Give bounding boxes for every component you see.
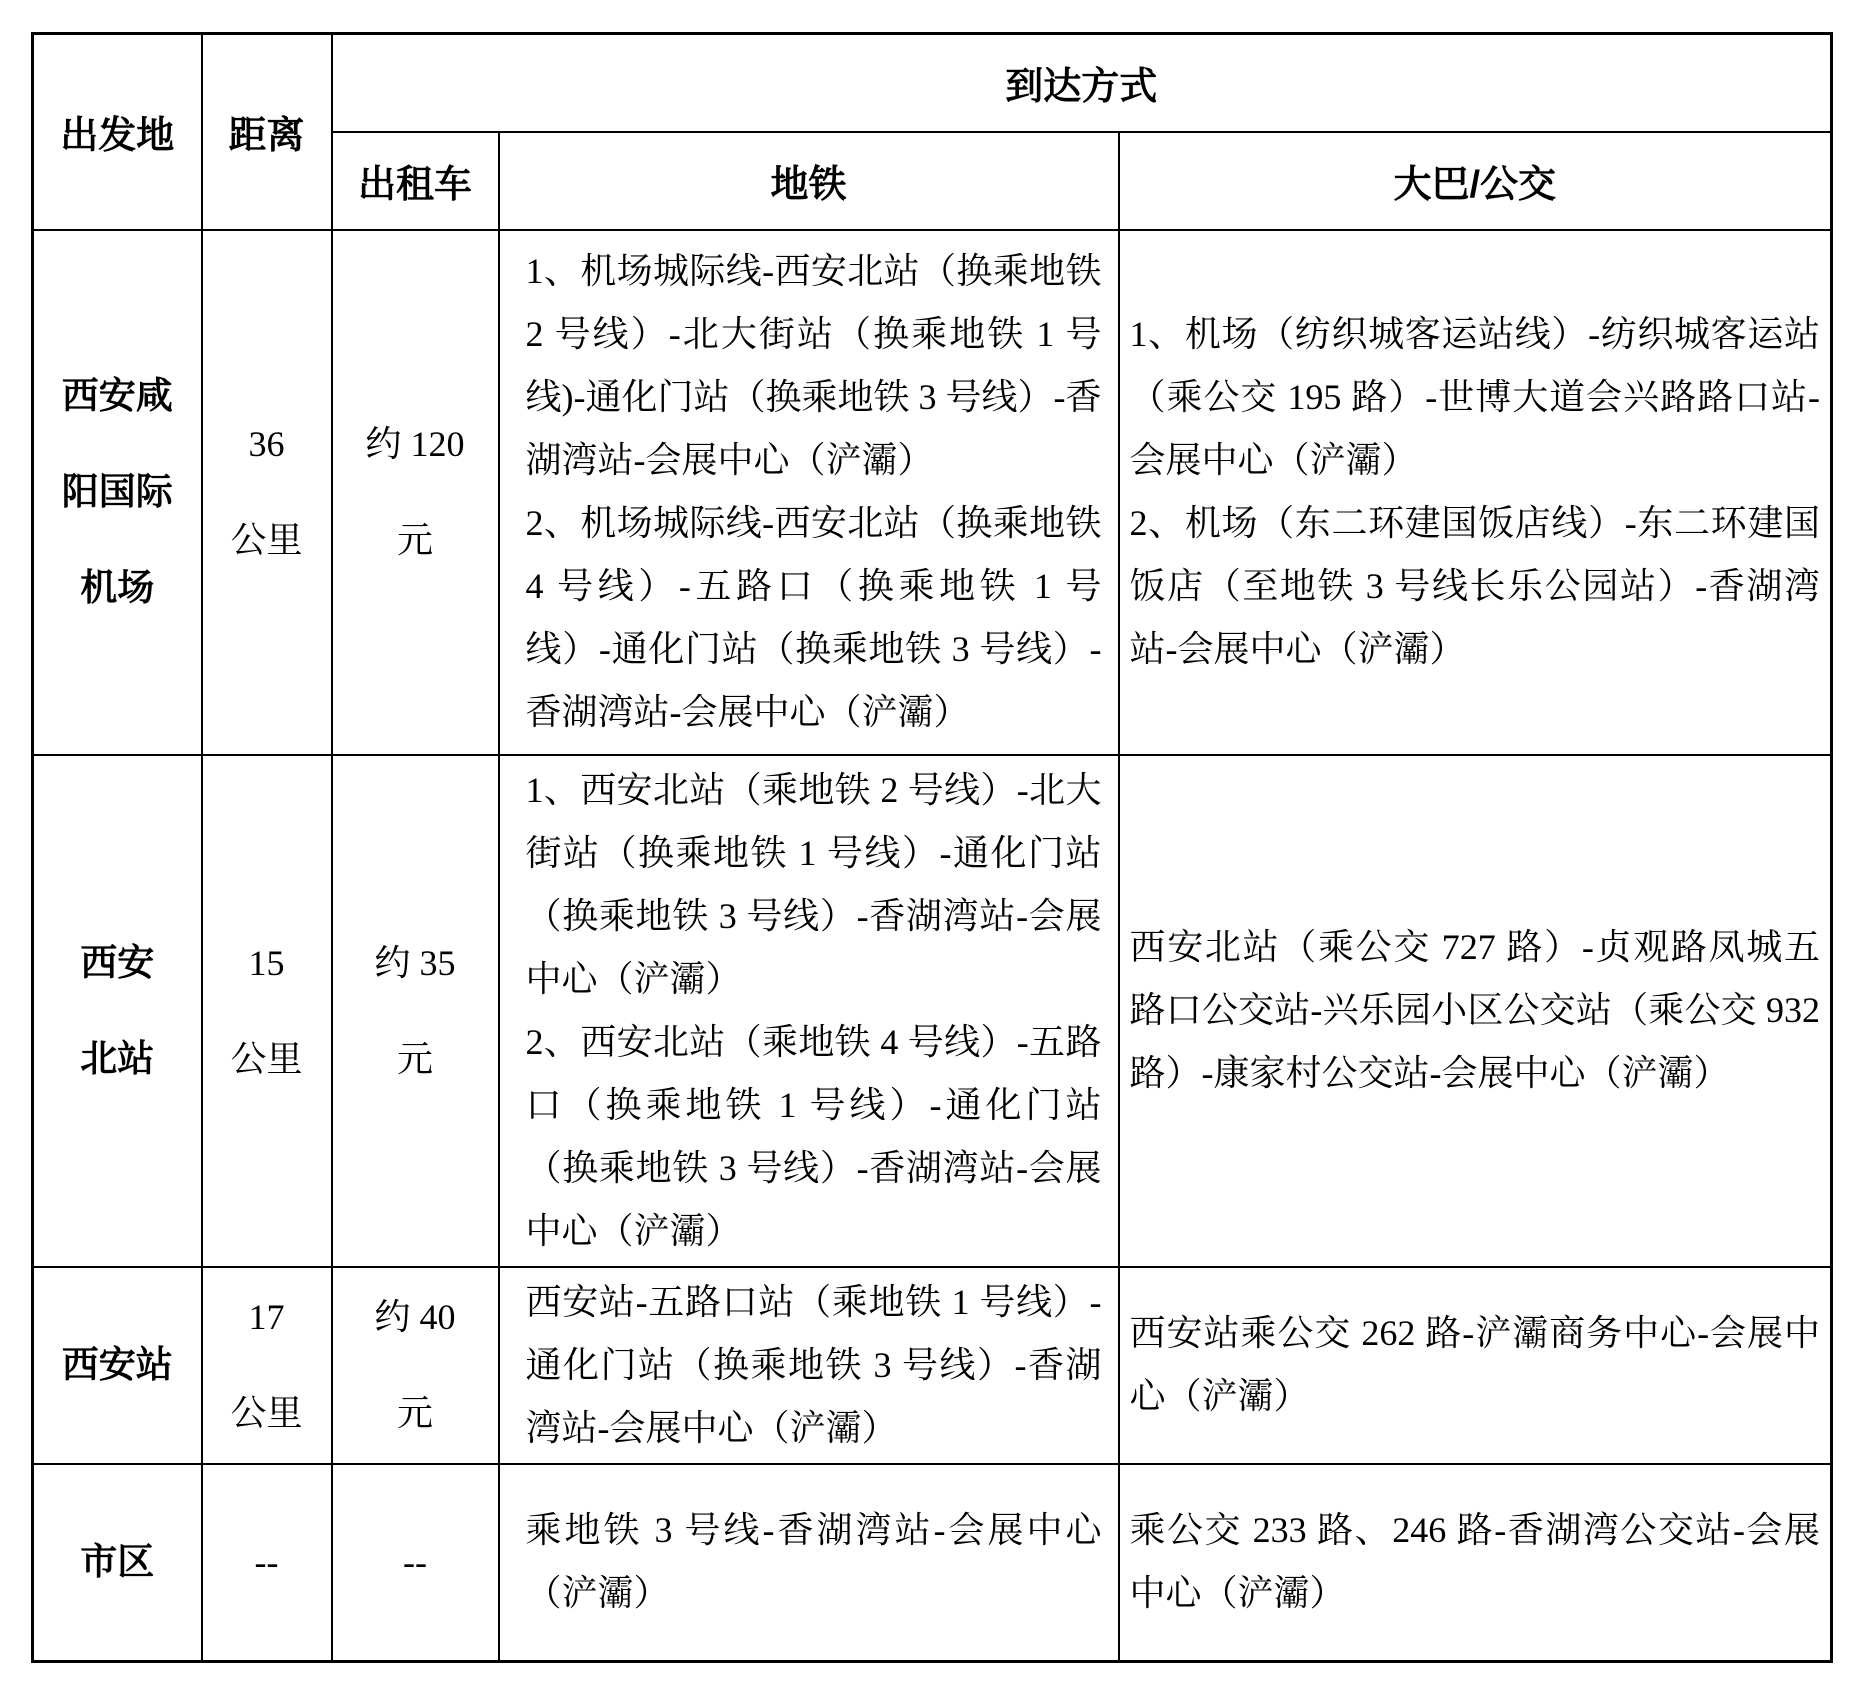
text-line: 2、机场（东二环建国饭店线）-东二环建国饭店（至地铁 3 号线长乐公园站）-香湖… bbox=[1130, 492, 1821, 681]
text-line: 1、机场城际线-西安北站（换乘地铁 2 号线）-北大街站（换乘地铁 1 号线)-… bbox=[526, 240, 1102, 492]
text-line: -- bbox=[333, 1514, 498, 1610]
document-page: { "page": { "background": "#ffffff", "te… bbox=[0, 0, 1856, 1695]
distance-cell: 17公里 bbox=[202, 1267, 332, 1464]
text-line: 1、机场（纺织城客运站线）-纺织城客运站（乘公交 195 路）-世博大道会兴路路… bbox=[1130, 303, 1821, 492]
header-taxi: 出租车 bbox=[332, 132, 499, 230]
text-line: 元 bbox=[333, 492, 498, 588]
origin-cell: 市区 bbox=[33, 1464, 202, 1662]
text-line: 西安 bbox=[34, 915, 201, 1011]
text-line: 元 bbox=[333, 1011, 498, 1107]
text-line: 15 bbox=[203, 915, 331, 1011]
header-bus: 大巴/公交 bbox=[1119, 132, 1832, 230]
text-line: 2、机场城际线-西安北站（换乘地铁 4 号线）-五路口（换乘地铁 1 号线）-通… bbox=[526, 492, 1102, 744]
transport-table: 出发地 距离 到达方式 出租车 地铁 大巴/公交 西安咸阳国际机场 36公里 约… bbox=[31, 32, 1833, 1663]
table-row-north-station: 西安北站 15公里 约 35元 1、西安北站（乘地铁 2 号线）-北大街站（换乘… bbox=[33, 755, 1832, 1267]
text-line: 乘公交 233 路、246 路-香湖湾公交站-会展中心（浐灞） bbox=[1130, 1499, 1821, 1625]
text-line: 市区 bbox=[34, 1514, 201, 1610]
table-row-downtown: 市区 -- -- 乘地铁 3 号线-香湖湾站-会展中心（浐灞） 乘公交 233 … bbox=[33, 1464, 1832, 1662]
text-line: 西安北站（乘公交 727 路）-贞观路凤城五路口公交站-兴乐园小区公交站（乘公交… bbox=[1130, 916, 1821, 1105]
taxi-fare-cell: 约 35元 bbox=[332, 755, 499, 1267]
bus-route-cell: 西安北站（乘公交 727 路）-贞观路凤城五路口公交站-兴乐园小区公交站（乘公交… bbox=[1119, 755, 1832, 1267]
text-line: 北站 bbox=[34, 1011, 201, 1107]
distance-cell: 36公里 bbox=[202, 230, 332, 755]
metro-route-cell: 乘地铁 3 号线-香湖湾站-会展中心（浐灞） bbox=[499, 1464, 1119, 1662]
text-line: 1、西安北站（乘地铁 2 号线）-北大街站（换乘地铁 1 号线）-通化门站（换乘… bbox=[526, 759, 1102, 1011]
text-line: 乘地铁 3 号线-香湖湾站-会展中心（浐灞） bbox=[526, 1499, 1102, 1625]
bus-route-cell: 1、机场（纺织城客运站线）-纺织城客运站（乘公交 195 路）-世博大道会兴路路… bbox=[1119, 230, 1832, 755]
header-metro: 地铁 bbox=[499, 132, 1119, 230]
origin-cell: 西安北站 bbox=[33, 755, 202, 1267]
text-line: 公里 bbox=[203, 1011, 331, 1107]
distance-cell: -- bbox=[202, 1464, 332, 1662]
header-distance: 距离 bbox=[202, 34, 332, 230]
text-line: 约 40 bbox=[333, 1269, 498, 1365]
header-origin: 出发地 bbox=[33, 34, 202, 230]
metro-route-cell: 1、机场城际线-西安北站（换乘地铁 2 号线）-北大街站（换乘地铁 1 号线)-… bbox=[499, 230, 1119, 755]
origin-cell: 西安站 bbox=[33, 1267, 202, 1464]
table-row-airport: 西安咸阳国际机场 36公里 约 120元 1、机场城际线-西安北站（换乘地铁 2… bbox=[33, 230, 1832, 755]
header-row-top: 出发地 距离 到达方式 bbox=[33, 34, 1832, 132]
text-line: 17 bbox=[203, 1269, 331, 1365]
text-line: 约 35 bbox=[333, 915, 498, 1011]
metro-route-cell: 1、西安北站（乘地铁 2 号线）-北大街站（换乘地铁 1 号线）-通化门站（换乘… bbox=[499, 755, 1119, 1267]
origin-cell: 西安咸阳国际机场 bbox=[33, 230, 202, 755]
text-line: 公里 bbox=[203, 1365, 331, 1461]
taxi-fare-cell: 约 40元 bbox=[332, 1267, 499, 1464]
text-line: 机场 bbox=[34, 540, 201, 636]
distance-cell: 15公里 bbox=[202, 755, 332, 1267]
text-line: 西安咸 bbox=[34, 348, 201, 444]
table-row-xian-station: 西安站 17公里 约 40元 西安站-五路口站（乘地铁 1 号线）-通化门站（换… bbox=[33, 1267, 1832, 1464]
text-line: 阳国际 bbox=[34, 444, 201, 540]
bus-route-cell: 乘公交 233 路、246 路-香湖湾公交站-会展中心（浐灞） bbox=[1119, 1464, 1832, 1662]
text-line: 元 bbox=[333, 1365, 498, 1461]
taxi-fare-cell: 约 120元 bbox=[332, 230, 499, 755]
text-line: 西安站-五路口站（乘地铁 1 号线）-通化门站（换乘地铁 3 号线）-香湖湾站-… bbox=[526, 1271, 1102, 1460]
text-line: 西安站 bbox=[34, 1317, 201, 1413]
text-line: 2、西安北站（乘地铁 4 号线）-五路口（换乘地铁 1 号线）-通化门站（换乘地… bbox=[526, 1011, 1102, 1263]
metro-route-cell: 西安站-五路口站（乘地铁 1 号线）-通化门站（换乘地铁 3 号线）-香湖湾站-… bbox=[499, 1267, 1119, 1464]
text-line: 约 120 bbox=[333, 396, 498, 492]
text-line: -- bbox=[203, 1514, 331, 1610]
text-line: 36 bbox=[203, 396, 331, 492]
text-line: 西安站乘公交 262 路-浐灞商务中心-会展中心（浐灞） bbox=[1130, 1302, 1821, 1428]
text-line: 公里 bbox=[203, 492, 331, 588]
header-arrival-method: 到达方式 bbox=[332, 34, 1832, 132]
bus-route-cell: 西安站乘公交 262 路-浐灞商务中心-会展中心（浐灞） bbox=[1119, 1267, 1832, 1464]
taxi-fare-cell: -- bbox=[332, 1464, 499, 1662]
